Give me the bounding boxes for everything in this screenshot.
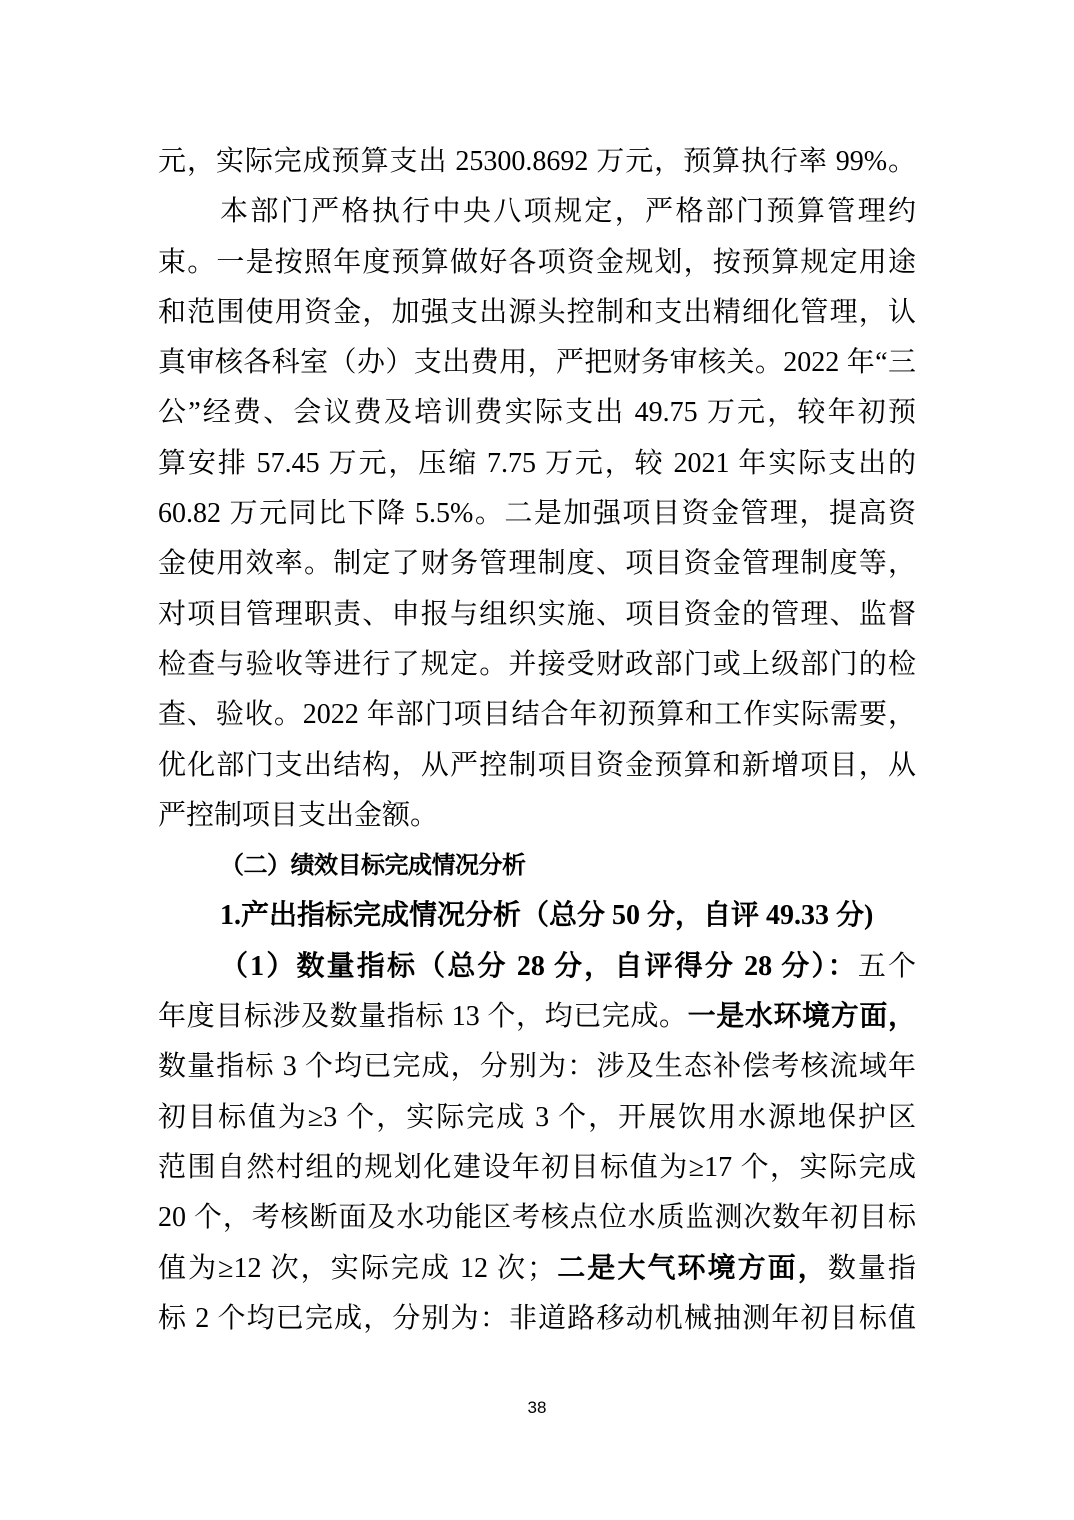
document-page: 元，实际完成预算支出 25300.8692 万元，预算执行率 99%。本部门严格… xyxy=(0,0,1074,1520)
text-segment: 值为≥12 次，实际完成 12 次； xyxy=(158,1253,555,1284)
text-line: 算安排 57.45 万元，压缩 7.75 万元，较 2021 年实际支出的 xyxy=(158,439,916,489)
text-segment: 本部门严格执行中央八项规定，严格部门预算管理约 xyxy=(220,196,916,227)
text-segment: 五个 xyxy=(858,951,916,982)
text-line: 1.产出指标完成情况分析（总分 50 分，自评 49.33 分) xyxy=(158,891,916,941)
bold-text-segment: （1）数量指标（总分 28 分，自评得分 28 分）： xyxy=(220,951,858,982)
text-line: 金使用效率。制定了财务管理制度、项目资金管理制度等， xyxy=(158,539,916,589)
text-line: 公”经费、会议费及培训费实际支出 49.75 万元，较年初预 xyxy=(158,388,916,438)
text-line: 标 2 个均已完成，分别为：非道路移动机械抽测年初目标值 xyxy=(158,1294,916,1344)
text-line: 范围自然村组的规划化建设年初目标值为≥17 个，实际完成 xyxy=(158,1143,916,1193)
text-segment: 60.82 万元同比下降 5.5%。二是加强项目资金管理，提高资 xyxy=(158,498,916,529)
bold-text-segment: 一是水环境方面， xyxy=(688,1001,916,1032)
section-heading: （二）绩效目标完成情况分析 xyxy=(158,841,916,891)
text-line: 本部门严格执行中央八项规定，严格部门预算管理约 xyxy=(158,187,916,237)
text-line: 年度目标涉及数量指标 13 个，均已完成。一是水环境方面， xyxy=(158,992,916,1042)
text-segment: 数量指 xyxy=(828,1253,916,1284)
text-segment: 初目标值为≥3 个，实际完成 3 个，开展饮用水源地保护区 xyxy=(158,1102,916,1133)
page-number: 38 xyxy=(0,1398,1074,1418)
text-segment: 对项目管理职责、申报与组织实施、项目资金的管理、监督 xyxy=(158,599,916,630)
text-line: （1）数量指标（总分 28 分，自评得分 28 分）：五个 xyxy=(158,942,916,992)
bold-text-segment: 二是大气环境方面， xyxy=(555,1253,828,1284)
text-segment: 数量指标 3 个均已完成，分别为：涉及生态补偿考核流域年 xyxy=(158,1051,916,1082)
text-segment: 束。一是按照年度预算做好各项资金规划，按预算规定用途 xyxy=(158,247,916,278)
text-segment: 和范围使用资金，加强支出源头控制和支出精细化管理，认 xyxy=(158,297,916,328)
text-line: 值为≥12 次，实际完成 12 次；二是大气环境方面，数量指 xyxy=(158,1244,916,1294)
text-line: 检查与验收等进行了规定。并接受财政部门或上级部门的检 xyxy=(158,640,916,690)
text-line: 60.82 万元同比下降 5.5%。二是加强项目资金管理，提高资 xyxy=(158,489,916,539)
text-segment: 标 2 个均已完成，分别为：非道路移动机械抽测年初目标值 xyxy=(158,1303,916,1334)
text-segment: 年度目标涉及数量指标 13 个，均已完成。 xyxy=(158,1001,688,1032)
text-line: 束。一是按照年度预算做好各项资金规划，按预算规定用途 xyxy=(158,238,916,288)
text-line: 优化部门支出结构，从严控制项目资金预算和新增项目，从 xyxy=(158,741,916,791)
text-line: 严控制项目支出金额。 xyxy=(158,791,916,841)
document-body: 元，实际完成预算支出 25300.8692 万元，预算执行率 99%。本部门严格… xyxy=(158,137,916,1344)
text-line: 对项目管理职责、申报与组织实施、项目资金的管理、监督 xyxy=(158,590,916,640)
text-line: 初目标值为≥3 个，实际完成 3 个，开展饮用水源地保护区 xyxy=(158,1093,916,1143)
text-line: 数量指标 3 个均已完成，分别为：涉及生态补偿考核流域年 xyxy=(158,1042,916,1092)
text-segment: 查、验收。2022 年部门项目结合年初预算和工作实际需要， xyxy=(158,699,916,730)
text-segment: 金使用效率。制定了财务管理制度、项目资金管理制度等， xyxy=(158,548,916,579)
text-segment: 20 个，考核断面及水功能区考核点位水质监测次数年初目标 xyxy=(158,1202,916,1233)
text-segment: 算安排 57.45 万元，压缩 7.75 万元，较 2021 年实际支出的 xyxy=(158,448,916,479)
text-segment: 真审核各科室（办）支出费用，严把财务审核关。2022 年“三 xyxy=(158,347,916,378)
text-segment: 严控制项目支出金额。 xyxy=(158,800,438,831)
text-segment: 公”经费、会议费及培训费实际支出 49.75 万元，较年初预 xyxy=(158,397,916,428)
bold-text-segment: （二）绩效目标完成情况分析 xyxy=(220,853,526,879)
text-line: 元，实际完成预算支出 25300.8692 万元，预算执行率 99%。 xyxy=(158,137,916,187)
text-line: 查、验收。2022 年部门项目结合年初预算和工作实际需要， xyxy=(158,690,916,740)
text-line: 真审核各科室（办）支出费用，严把财务审核关。2022 年“三 xyxy=(158,338,916,388)
text-line: 和范围使用资金，加强支出源头控制和支出精细化管理，认 xyxy=(158,288,916,338)
text-segment: 元，实际完成预算支出 25300.8692 万元，预算执行率 99%。 xyxy=(158,146,916,177)
text-segment: 检查与验收等进行了规定。并接受财政部门或上级部门的检 xyxy=(158,649,916,680)
bold-text-segment: 1.产出指标完成情况分析（总分 50 分，自评 49.33 分) xyxy=(220,900,873,931)
text-segment: 优化部门支出结构，从严控制项目资金预算和新增项目，从 xyxy=(158,750,916,781)
text-line: 20 个，考核断面及水功能区考核点位水质监测次数年初目标 xyxy=(158,1193,916,1243)
text-segment: 范围自然村组的规划化建设年初目标值为≥17 个，实际完成 xyxy=(158,1152,916,1183)
